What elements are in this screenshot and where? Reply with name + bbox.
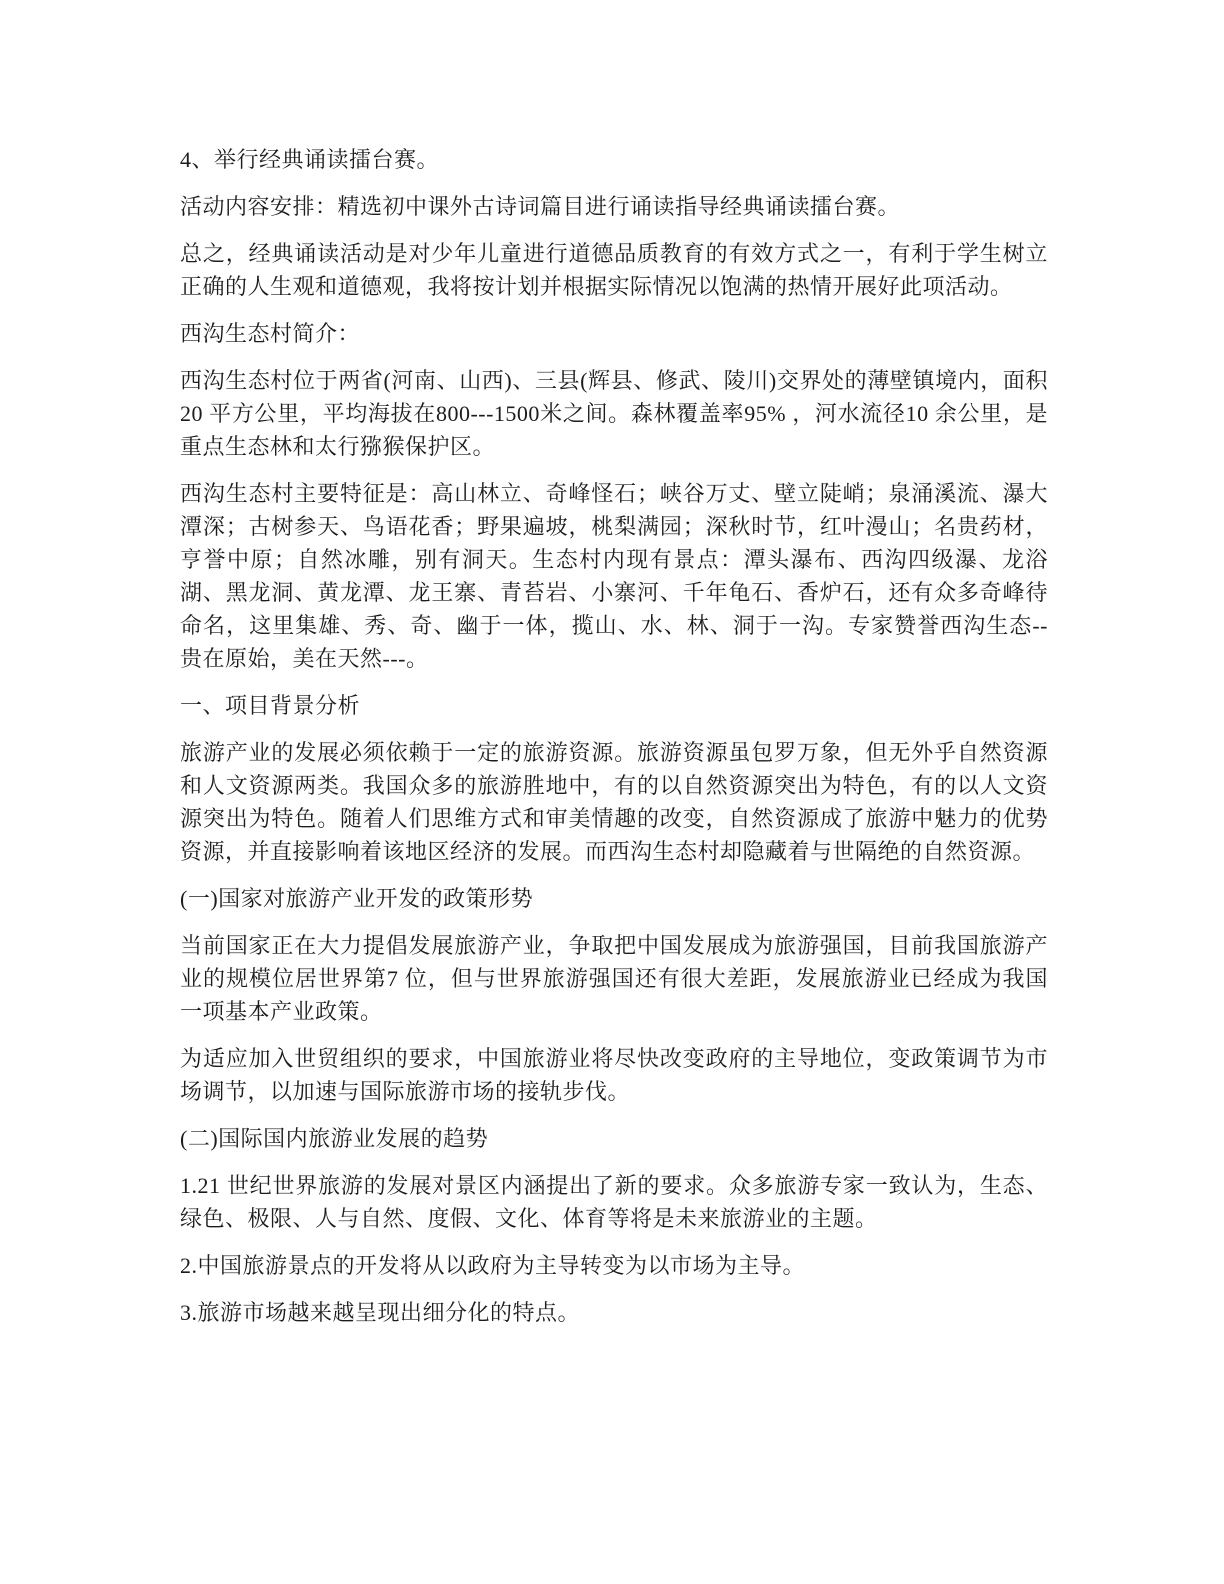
paragraph: 总之，经典诵读活动是对少年儿童进行道德品质教育的有效方式之一，有利于学生树立正确… [180,237,1048,303]
paragraph: (二)国际国内旅游业发展的趋势 [180,1122,1048,1155]
paragraph: 活动内容安排：精选初中课外古诗词篇目进行诵读指导经典诵读擂台赛。 [180,190,1048,223]
document-body: 4、举行经典诵读擂台赛。活动内容安排：精选初中课外古诗词篇目进行诵读指导经典诵读… [180,143,1048,1329]
paragraph: (一)国家对旅游产业开发的政策形势 [180,882,1048,915]
paragraph: 西沟生态村位于两省(河南、山西)、三县(辉县、修武、陵川)交界处的薄壁镇境内，面… [180,364,1048,463]
paragraph: 2.中国旅游景点的开发将从以政府为主导转变为以市场为主导。 [180,1249,1048,1282]
document-page: 4、举行经典诵读擂台赛。活动内容安排：精选初中课外古诗词篇目进行诵读指导经典诵读… [0,0,1224,1584]
paragraph: 西沟生态村主要特征是：高山林立、奇峰怪石；峡谷万丈、壁立陡峭；泉涌溪流、瀑大潭深… [180,477,1048,675]
paragraph: 一、项目背景分析 [180,689,1048,722]
paragraph: 为适应加入世贸组织的要求，中国旅游业将尽快改变政府的主导地位，变政策调节为市场调… [180,1042,1048,1108]
paragraph: 1.21 世纪世界旅游的发展对景区内涵提出了新的要求。众多旅游专家一致认为，生态… [180,1169,1048,1235]
paragraph: 3.旅游市场越来越呈现出细分化的特点。 [180,1296,1048,1329]
paragraph: 旅游产业的发展必须依赖于一定的旅游资源。旅游资源虽包罗万象，但无外乎自然资源和人… [180,736,1048,868]
paragraph: 当前国家正在大力提倡发展旅游产业，争取把中国发展成为旅游强国，目前我国旅游产业的… [180,929,1048,1028]
paragraph: 西沟生态村简介： [180,317,1048,350]
paragraph: 4、举行经典诵读擂台赛。 [180,143,1048,176]
